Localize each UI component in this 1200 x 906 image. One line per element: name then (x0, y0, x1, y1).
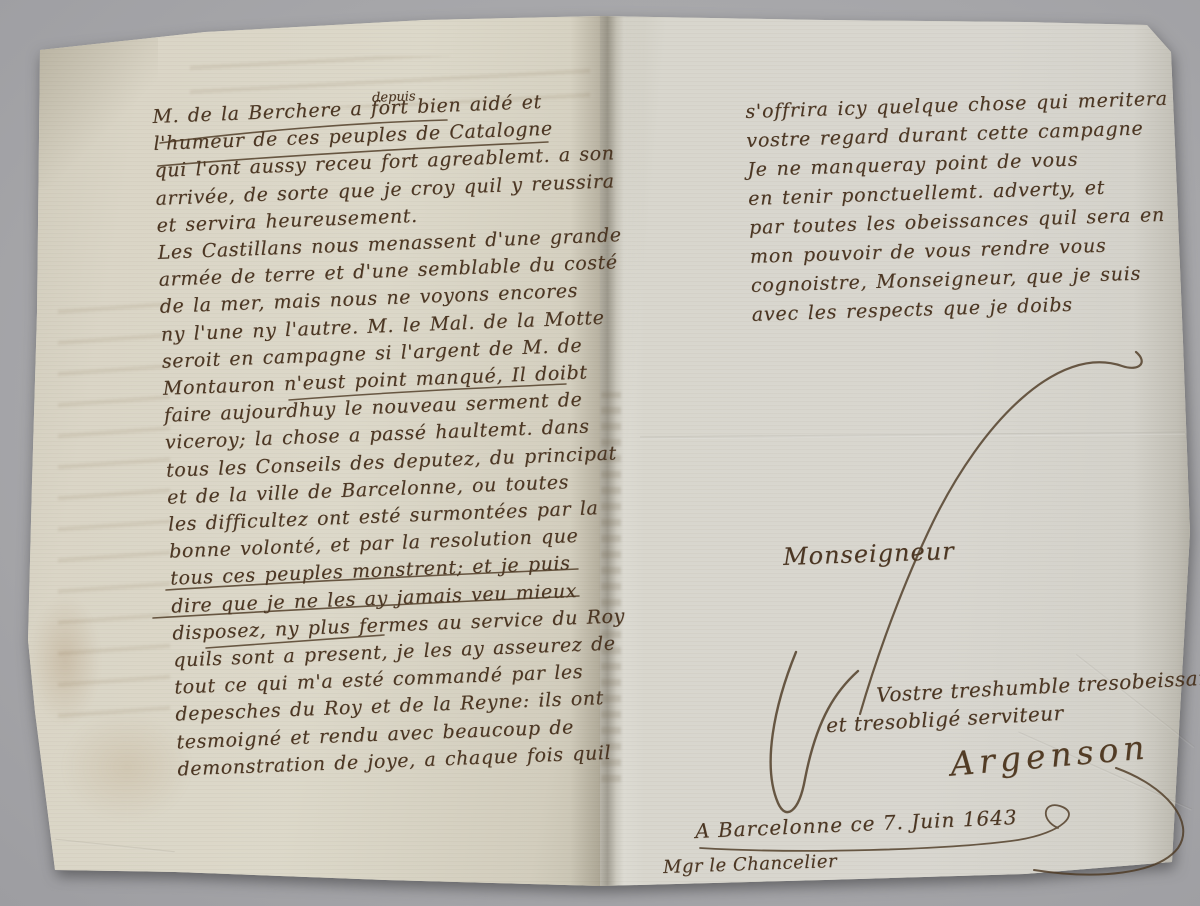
interlinear-insertion: depuis (372, 89, 416, 106)
photo-of-manuscript-letter: M. de la Berchere a fort bien aidé etl'h… (0, 0, 1200, 906)
salutation: Monseigneur (783, 537, 956, 571)
top-left-corner-shading (28, 38, 158, 188)
left-page-text-block: M. de la Berchere a fort bien aidé etl'h… (152, 86, 642, 783)
right-page-text-block: s'offrira icy quelque chose qui meritera… (745, 85, 1175, 330)
